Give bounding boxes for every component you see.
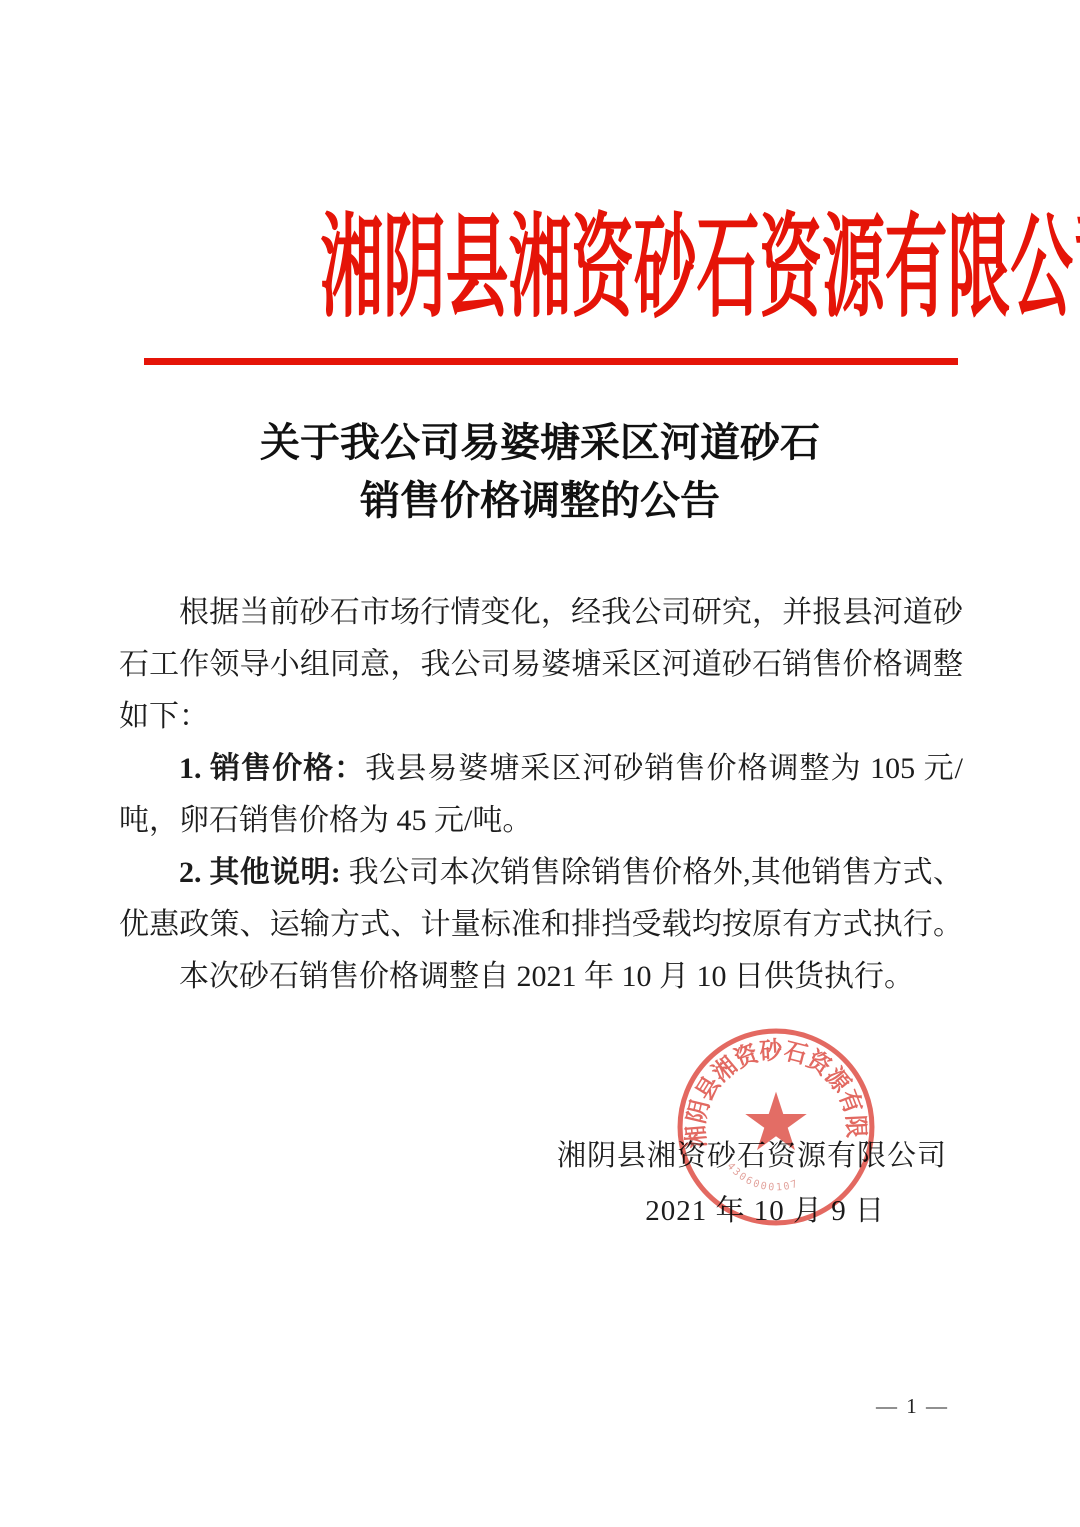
stamp-ring-text: 湘阴县湘资砂石资源有限公司 bbox=[675, 1026, 869, 1149]
body-line: 本次砂石销售价格调整自 2021 年 10 月 10 日供货执行。 bbox=[119, 951, 963, 1003]
body-line-text: 吨，卵石销售价格为 45 元/吨。 bbox=[119, 804, 532, 837]
signature-company: 湘阴县湘资砂石资源有限公司 bbox=[557, 1133, 947, 1174]
document-title: 关于我公司易婆塘采区河道砂石 销售价格调整的公告 bbox=[0, 414, 1080, 530]
document-page: 湘阴县湘资砂石资源有限公司 关于我公司易婆塘采区河道砂石 销售价格调整的公告 根… bbox=[0, 0, 1080, 1527]
body-line-label: 2. 其他说明: bbox=[179, 856, 341, 889]
letterhead-company-name: 湘阴县湘资砂石资源有限公司 bbox=[320, 213, 1080, 325]
body-line-text: 我县易婆塘采区河砂销售价格调整为 105 元/ bbox=[365, 752, 963, 785]
body-line-text: 本次砂石销售价格调整自 2021 年 10 月 10 日供货执行。 bbox=[179, 960, 914, 993]
body-line-text: 我公司本次销售除销售价格外,其他销售方式、 bbox=[341, 856, 963, 889]
letterhead-divider bbox=[144, 358, 958, 365]
body-line: 如下： bbox=[119, 691, 963, 743]
body-line-label: 1. 销售价格： bbox=[179, 752, 365, 785]
body-line-text: 石工作领导小组同意，我公司易婆塘采区河道砂石销售价格调整 bbox=[119, 648, 963, 681]
body-line: 1. 销售价格：我县易婆塘采区河砂销售价格调整为 105 元/ bbox=[119, 743, 963, 795]
page-number: — 1 — bbox=[876, 1394, 949, 1419]
body-line: 根据当前砂石市场行情变化，经我公司研究，并报县河道砂 bbox=[119, 587, 963, 639]
svg-text:湘阴县湘资砂石资源有限公司: 湘阴县湘资砂石资源有限公司 bbox=[675, 1026, 869, 1149]
body-line: 优惠政策、运输方式、计量标准和排挡受载均按原有方式执行。 bbox=[119, 899, 963, 951]
letterhead: 湘阴县湘资砂石资源有限公司 bbox=[0, 213, 1080, 325]
body-line: 2. 其他说明: 我公司本次销售除销售价格外,其他销售方式、 bbox=[119, 847, 963, 899]
signature-date: 2021 年 10 月 9 日 bbox=[645, 1188, 885, 1229]
body-line-text: 根据当前砂石市场行情变化，经我公司研究，并报县河道砂 bbox=[179, 596, 963, 629]
document-title-line2: 销售价格调整的公告 bbox=[0, 472, 1080, 530]
body-line-text: 如下： bbox=[119, 700, 209, 733]
body-line: 吨，卵石销售价格为 45 元/吨。 bbox=[119, 795, 963, 847]
body-line-text: 优惠政策、运输方式、计量标准和排挡受载均按原有方式执行。 bbox=[119, 908, 963, 941]
body-line: 石工作领导小组同意，我公司易婆塘采区河道砂石销售价格调整 bbox=[119, 639, 963, 691]
body-text: 根据当前砂石市场行情变化，经我公司研究，并报县河道砂石工作领导小组同意，我公司易… bbox=[119, 587, 963, 1003]
document-title-line1: 关于我公司易婆塘采区河道砂石 bbox=[0, 414, 1080, 472]
